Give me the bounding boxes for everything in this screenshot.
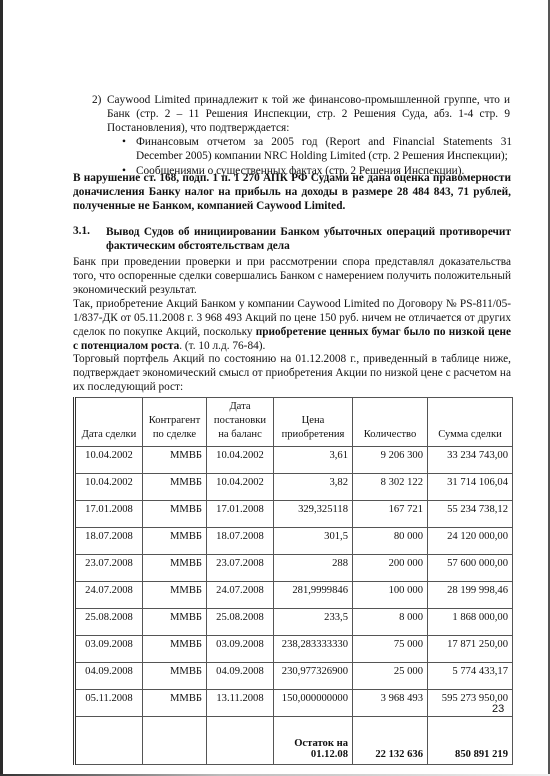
cell-sum: 28 199 998,46 [428, 582, 513, 609]
total-label-line1: Остаток на [294, 738, 348, 749]
cell-sum: 55 234 738,12 [428, 501, 513, 528]
cell-deal-date: 18.07.2008 [75, 528, 143, 555]
header-balance-date: Дата постановки на баланс [207, 398, 274, 447]
table-row: 24.07.2008ММВБ24.07.2008281,9999846100 0… [75, 582, 513, 609]
cell-price: 329,325118 [274, 501, 353, 528]
cell-price: 288 [274, 555, 353, 582]
paragraph-acquisition: Так, приобретение Акций Банком у компани… [73, 297, 511, 353]
table-row: 05.11.2008ММВБ13.11.2008150,0000000003 9… [75, 690, 513, 717]
paragraph-portfolio: Торговый портфель Акций по состоянию на … [73, 352, 511, 394]
cell-price: 233,5 [274, 609, 353, 636]
cell-deal-date: 23.07.2008 [75, 555, 143, 582]
total-label-line2: 01.12.08 [311, 749, 348, 760]
cell-deal-date: 24.07.2008 [75, 582, 143, 609]
cell-deal-date: 05.11.2008 [75, 690, 143, 717]
cell-balance-date: 03.09.2008 [207, 636, 274, 663]
cell-quantity: 200 000 [353, 555, 428, 582]
cell-deal-date: 04.09.2008 [75, 663, 143, 690]
cell-sum: 24 120 000,00 [428, 528, 513, 555]
cell-quantity: 167 721 [353, 501, 428, 528]
cell-price: 238,283333330 [274, 636, 353, 663]
total-sum: 850 891 219 [428, 717, 513, 765]
empty-cell [143, 717, 207, 765]
header-quantity: Количество [353, 398, 428, 447]
cell-price: 150,000000000 [274, 690, 353, 717]
cell-balance-date: 23.07.2008 [207, 555, 274, 582]
cell-counterparty: ММВБ [143, 690, 207, 717]
cell-deal-date: 10.04.2002 [75, 474, 143, 501]
cell-quantity: 8 000 [353, 609, 428, 636]
cell-quantity: 25 000 [353, 663, 428, 690]
table-header-row: Дата сделки Контрагент по сделке Дата по… [75, 398, 513, 447]
cell-counterparty: ММВБ [143, 555, 207, 582]
bullet-item: Финансовым отчетом за 2005 год (Report a… [122, 135, 512, 163]
cell-price: 3,82 [274, 474, 353, 501]
cell-deal-date: 25.08.2008 [75, 609, 143, 636]
cell-balance-date: 10.04.2002 [207, 447, 274, 474]
cell-quantity: 75 000 [353, 636, 428, 663]
paragraph-evidence: Банк при проведении проверки и при рассм… [73, 255, 511, 297]
table-row: 03.09.2008ММВБ03.09.2008238,28333333075 … [75, 636, 513, 663]
cell-balance-date: 17.01.2008 [207, 501, 274, 528]
cell-balance-date: 24.07.2008 [207, 582, 274, 609]
violation-paragraph: В нарушение ст. 168, подп. 1 п. 1 270 АП… [73, 171, 511, 213]
empty-cell [75, 717, 143, 765]
cell-price: 281,9999846 [274, 582, 353, 609]
cell-quantity: 8 302 122 [353, 474, 428, 501]
page-number: 23 [492, 703, 504, 715]
cell-sum: 57 600 000,00 [428, 555, 513, 582]
cell-price: 3,61 [274, 447, 353, 474]
table-row: 10.04.2002ММВБ10.04.20023,619 206 30033 … [75, 447, 513, 474]
table-row: 17.01.2008ММВБ17.01.2008329,325118167 72… [75, 501, 513, 528]
cell-counterparty: ММВБ [143, 474, 207, 501]
header-counterparty: Контрагент по сделке [143, 398, 207, 447]
table-row: 10.04.2002ММВБ10.04.20023,828 302 12231 … [75, 474, 513, 501]
table-row: 25.08.2008ММВБ25.08.2008233,58 0001 868 … [75, 609, 513, 636]
numbered-item-2: 2) Caywood Limited принадлежит к той же … [92, 93, 510, 135]
section-number: 3.1. [73, 225, 90, 237]
cell-counterparty: ММВБ [143, 609, 207, 636]
cell-quantity: 100 000 [353, 582, 428, 609]
item-number: 2) [92, 93, 101, 107]
cell-balance-date: 10.04.2002 [207, 474, 274, 501]
portfolio-table: Дата сделки Контрагент по сделке Дата по… [73, 397, 513, 765]
table-total-row: Остаток на01.12.0822 132 636850 891 219 [75, 717, 513, 765]
cell-balance-date: 13.11.2008 [207, 690, 274, 717]
cell-quantity: 80 000 [353, 528, 428, 555]
cell-counterparty: ММВБ [143, 528, 207, 555]
cell-counterparty: ММВБ [143, 636, 207, 663]
cell-sum: 33 234 743,00 [428, 447, 513, 474]
cell-quantity: 3 968 493 [353, 690, 428, 717]
cell-counterparty: ММВБ [143, 501, 207, 528]
table-row: 18.07.2008ММВБ18.07.2008301,580 00024 12… [75, 528, 513, 555]
cell-balance-date: 18.07.2008 [207, 528, 274, 555]
cell-sum: 31 714 106,04 [428, 474, 513, 501]
cell-balance-date: 04.09.2008 [207, 663, 274, 690]
cell-sum: 1 868 000,00 [428, 609, 513, 636]
paragraph-acquisition-end: . (т. 10 л.д. 76-84). [179, 340, 265, 352]
section-title: Вывод Судов об инициировании Банком убыт… [106, 225, 511, 253]
cell-counterparty: ММВБ [143, 663, 207, 690]
empty-cell [207, 717, 274, 765]
total-quantity: 22 132 636 [353, 717, 428, 765]
scan-edge-left [0, 0, 3, 776]
cell-deal-date: 17.01.2008 [75, 501, 143, 528]
item-text: Caywood Limited принадлежит к той же фин… [107, 93, 510, 135]
cell-sum: 17 871 250,00 [428, 636, 513, 663]
cell-balance-date: 25.08.2008 [207, 609, 274, 636]
table-row: 23.07.2008ММВБ23.07.2008288200 00057 600… [75, 555, 513, 582]
cell-deal-date: 10.04.2002 [75, 447, 143, 474]
cell-sum: 5 774 433,17 [428, 663, 513, 690]
header-price: Цена приобретения [274, 398, 353, 447]
header-deal-date: Дата сделки [75, 398, 143, 447]
cell-price: 230,977326900 [274, 663, 353, 690]
cell-counterparty: ММВБ [143, 582, 207, 609]
header-sum: Сумма сделки [428, 398, 513, 447]
table-row: 04.09.2008ММВБ04.09.2008230,97732690025 … [75, 663, 513, 690]
cell-quantity: 9 206 300 [353, 447, 428, 474]
cell-price: 301,5 [274, 528, 353, 555]
total-label: Остаток на01.12.08 [274, 717, 353, 765]
cell-deal-date: 03.09.2008 [75, 636, 143, 663]
cell-counterparty: ММВБ [143, 447, 207, 474]
